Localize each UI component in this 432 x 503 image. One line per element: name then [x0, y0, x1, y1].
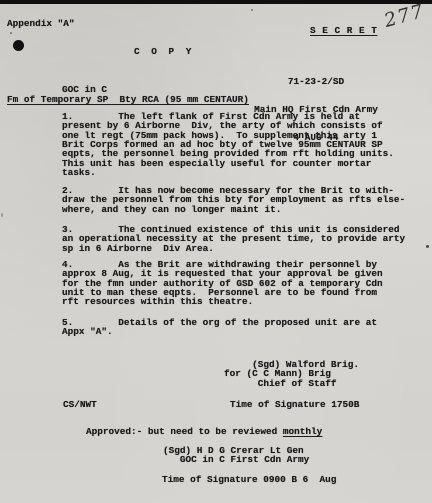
- addressee-line: GOC in C: [62, 85, 107, 94]
- copy-label: C O P Y: [134, 47, 194, 56]
- scan-speck: [1, 213, 3, 217]
- hole-punch-dot: [13, 40, 24, 51]
- scan-speck: [426, 245, 429, 248]
- scanned-memo-page: Appendix "A" S E C R E T 277 C O P Y 71-…: [0, 0, 432, 503]
- paragraph-3: 3. The continued existence of this unit …: [62, 225, 405, 253]
- approval-note-text: Approved:- but need to be reviewed: [86, 426, 283, 437]
- approval-note-emphasis: monthly: [283, 426, 322, 437]
- approval-signature-block: (Sgd) H D G Crerar Lt Gen GOC in C First…: [163, 446, 309, 465]
- paragraph-4: 4. As the Brit are withdrawing their per…: [62, 260, 383, 307]
- office-reference: CS/NWT: [63, 400, 97, 409]
- scan-top-edge: [0, 0, 432, 4]
- time-of-signature: Time of Signature 1750B: [230, 400, 359, 409]
- paragraph-2: 2. It has now become necessary for the B…: [62, 186, 405, 214]
- subject-line: Fm of Temporary SP Bty RCA (95 mm CENTAU…: [7, 95, 249, 104]
- signature-block: (Sgd) Walford Brig. for (C C Mann) Brig …: [224, 360, 359, 388]
- scan-speck: [251, 9, 253, 11]
- appendix-label: Appendix "A": [7, 19, 75, 28]
- paragraph-1: 1. The left flank of First Cdn Army is h…: [62, 112, 394, 177]
- classification-stamp: S E C R E T: [310, 26, 377, 35]
- handwritten-page-number: 277: [382, 1, 427, 31]
- approval-time-of-signature: Time of Signature 0900 B 6 Aug: [162, 475, 336, 484]
- paragraph-5: 5. Details of the org of the proposed un…: [62, 318, 377, 337]
- file-reference: 71-23-2/SD: [250, 77, 382, 86]
- scan-speck: [10, 32, 12, 34]
- approval-note: Approved:- but need to be reviewed month…: [86, 427, 322, 436]
